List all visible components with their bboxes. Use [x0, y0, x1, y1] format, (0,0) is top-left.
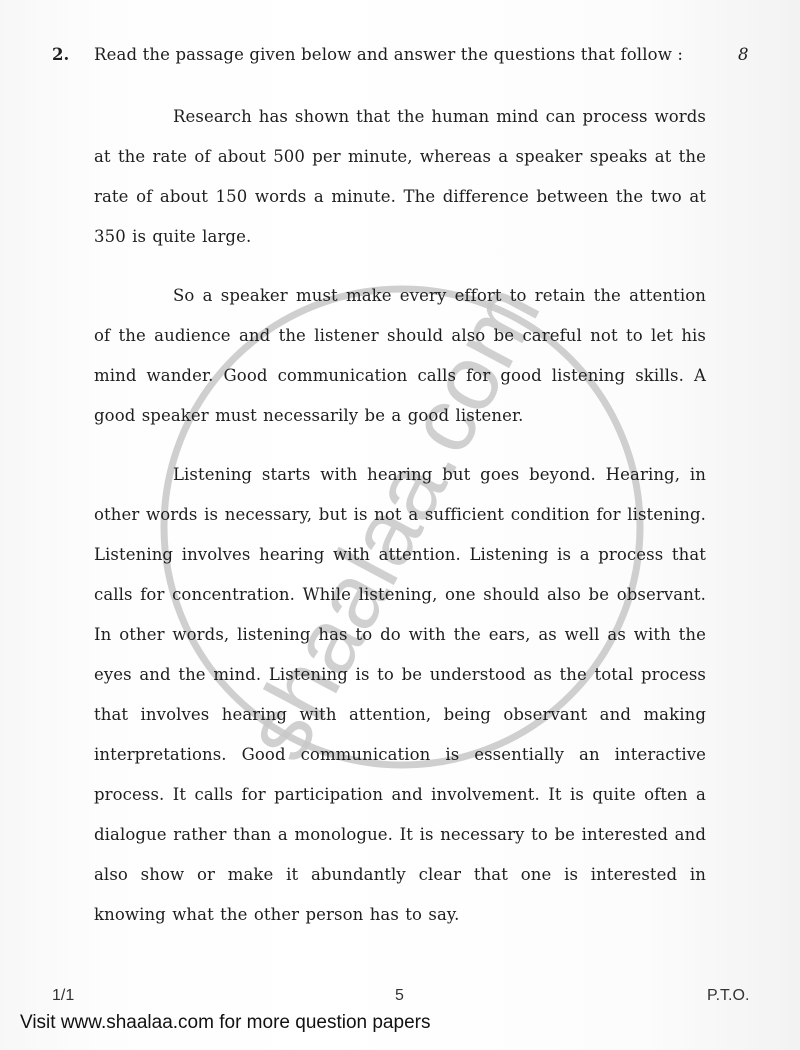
question-marks: 8 [738, 45, 749, 64]
pto-label: P.T.O. [707, 987, 749, 1005]
passage-paragraph-3: Listening starts with hearing but goes b… [94, 455, 706, 935]
paragraph-text: So a speaker must make every effort to r… [94, 276, 706, 436]
question-number: 2. [52, 45, 69, 64]
question-header: 2. Read the passage given below and answ… [0, 45, 800, 69]
visit-website-link[interactable]: Visit www.shaalaa.com for more question … [20, 1012, 430, 1034]
passage-paragraph-2: So a speaker must make every effort to r… [94, 276, 706, 436]
passage-paragraph-1: Research has shown that the human mind c… [94, 97, 706, 257]
paper-code: 1/1 [52, 987, 74, 1005]
paragraph-text: Research has shown that the human mind c… [94, 97, 706, 257]
page-number: 5 [395, 987, 404, 1005]
question-instruction: Read the passage given below and answer … [94, 45, 683, 64]
paragraph-text: Listening starts with hearing but goes b… [94, 455, 706, 935]
exam-page: shaalaa.com 2. Read the passage given be… [0, 0, 800, 1050]
